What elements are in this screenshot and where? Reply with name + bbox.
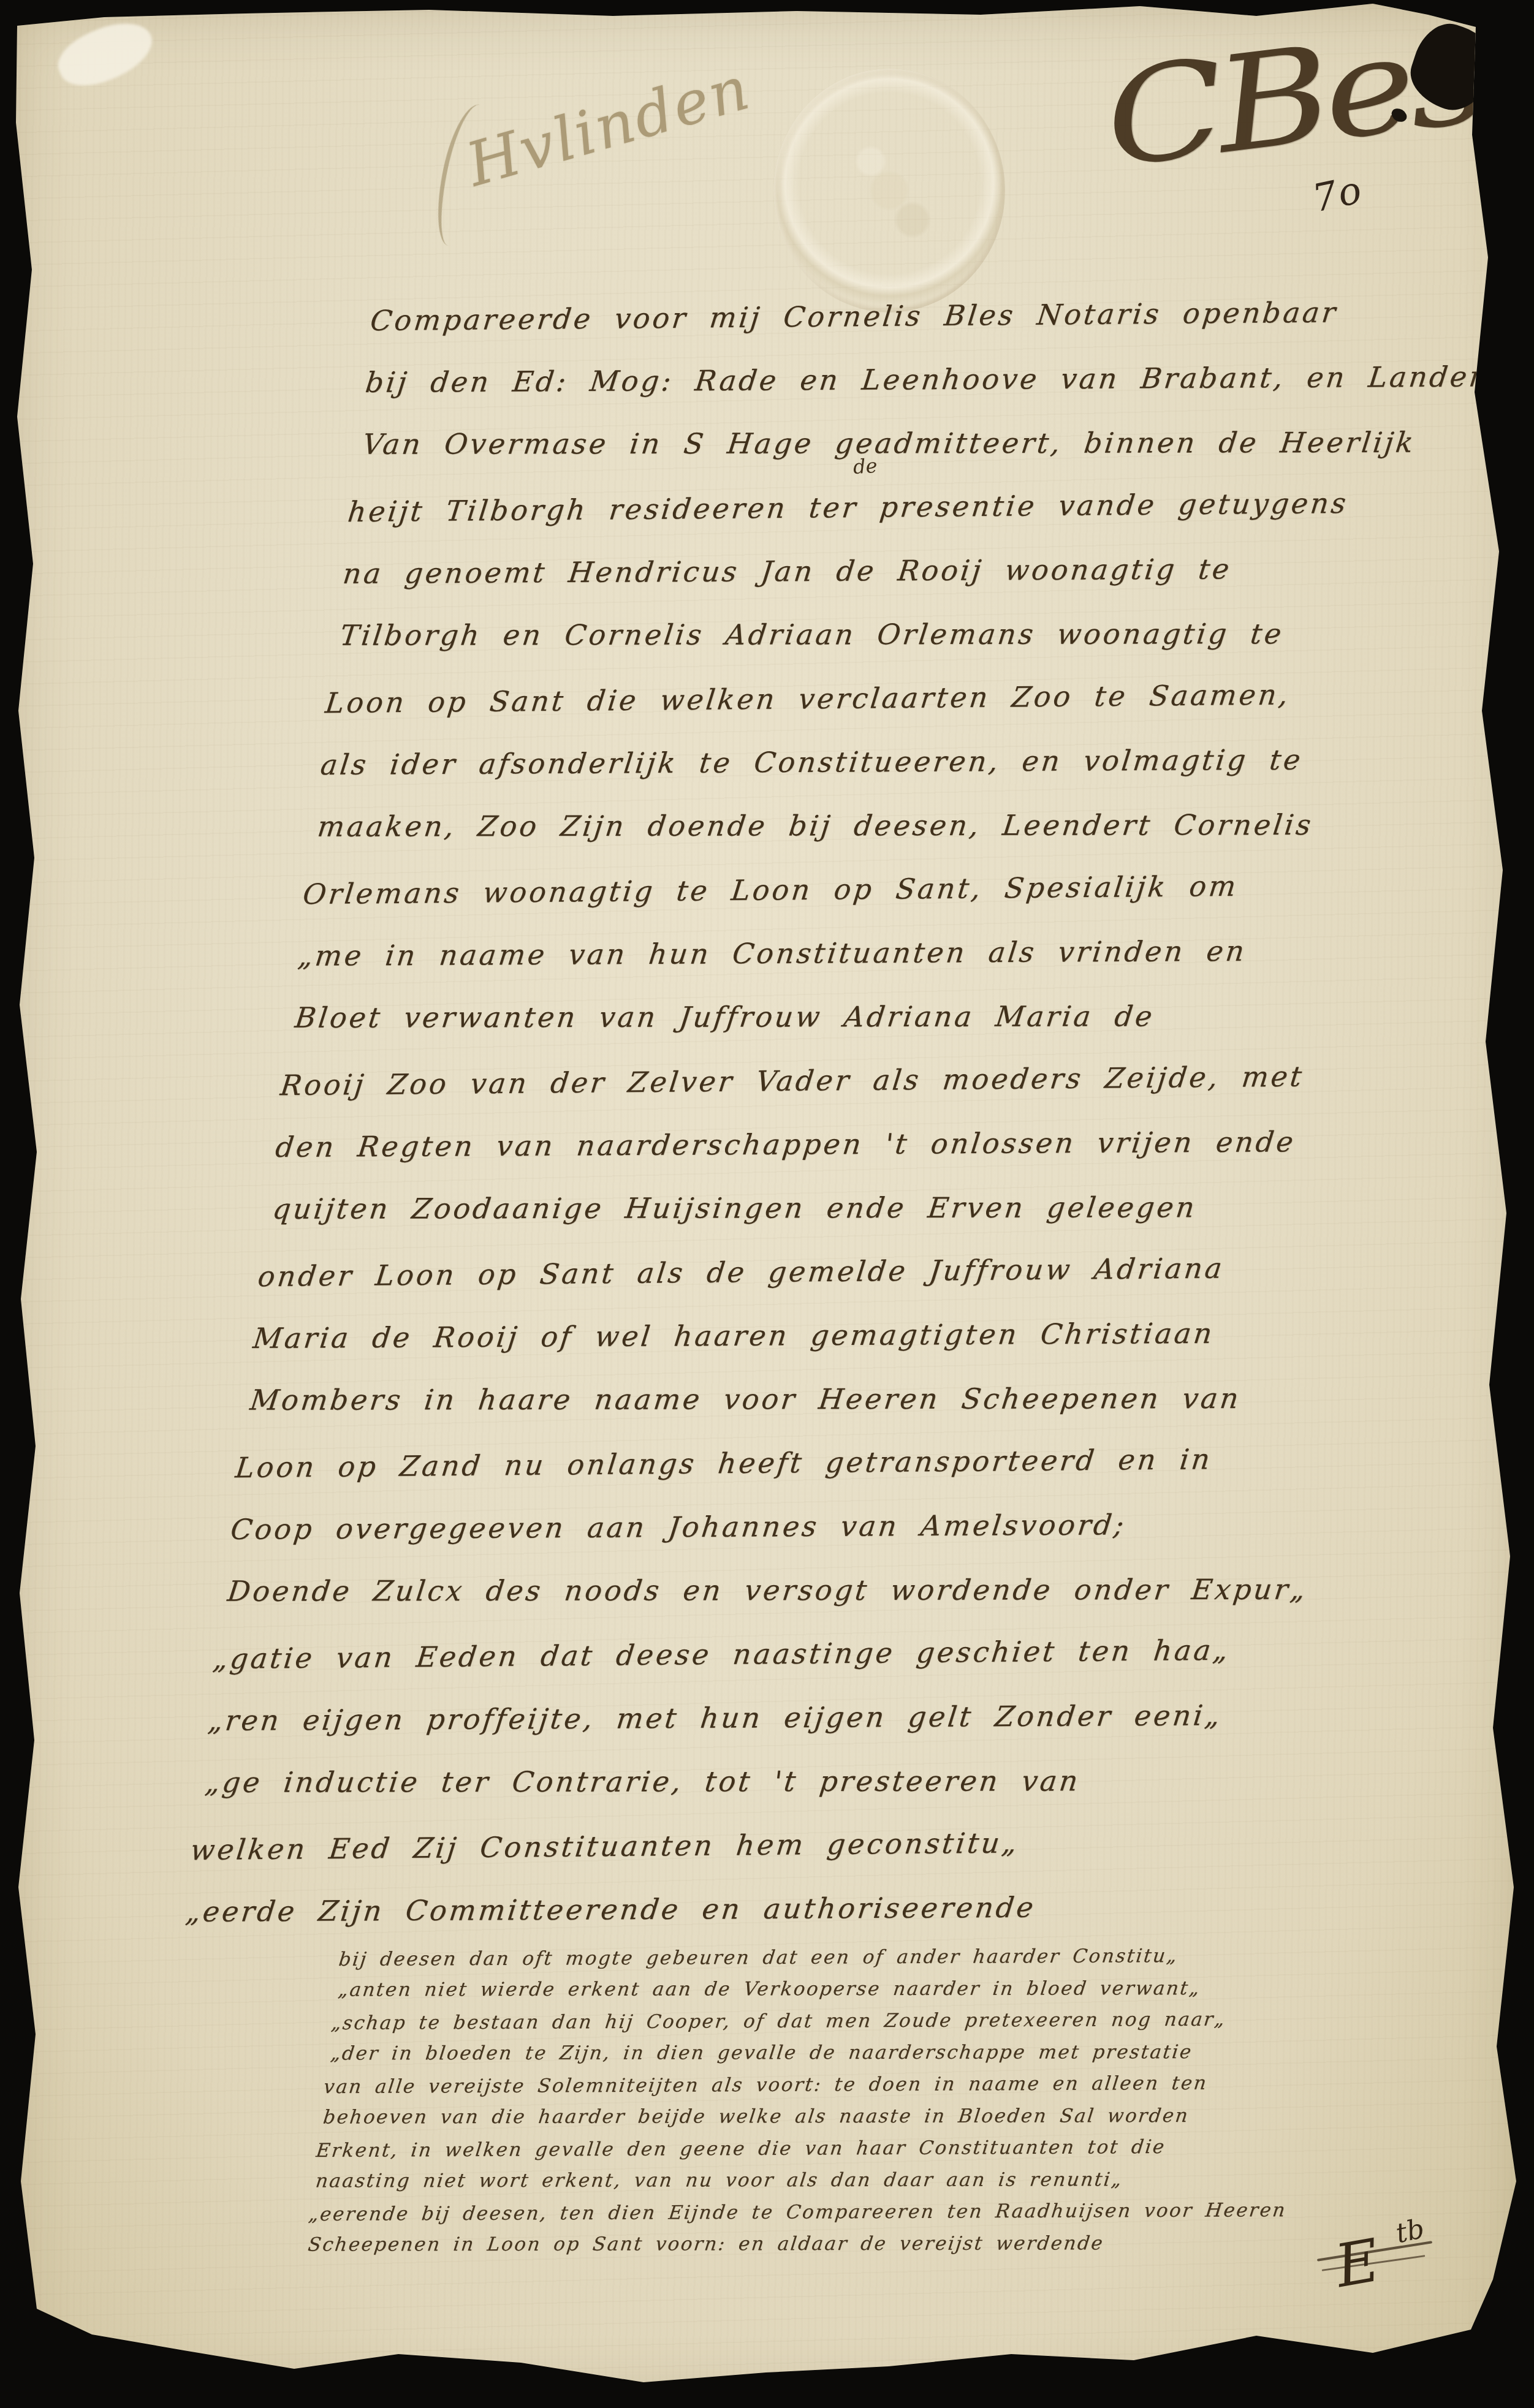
- text-line: naasting niet wort erkent, van nu voor a…: [314, 2163, 1470, 2197]
- text-line: Mombers in haare naame voor Heeren Schee…: [246, 1366, 1364, 1432]
- text-line: Doende Zulcx des noods en versogt worden…: [224, 1558, 1341, 1623]
- text-line: maaken, Zoo Zijn doende bij deesen, Leen…: [314, 793, 1431, 858]
- text-line: bij deesen dan oft mogte gebeuren dat ee…: [337, 1939, 1494, 1975]
- text-line: heijt Tilborgh resideeren ter presentie …: [344, 470, 1462, 543]
- deed-closing-text: bij deesen dan oft mogte gebeuren dat ee…: [303, 1939, 1494, 2262]
- text-line: behoeven van die haarder beijde welke al…: [321, 2099, 1478, 2133]
- paper-fold: [50, 10, 161, 97]
- text-line: „eerde Zijn Committeerende en authorisee…: [182, 1874, 1299, 1943]
- deed-body-text: Compareerde voor mij Cornelis Bles Notar…: [182, 281, 1487, 1944]
- text-line: van alle vereijste Solemniteijten als vo…: [322, 2066, 1478, 2103]
- archival-inscription: Hvlinden: [459, 53, 758, 200]
- text-line: „eerende bij deesen, ten dien Eijnde te …: [307, 2194, 1464, 2230]
- blind-embossed-seal-icon: [773, 69, 1005, 312]
- text-line: Coop overgegeeven aan Johannes van Amels…: [227, 1491, 1345, 1561]
- text-line: Scheepenen in Loon op Sant voorn: en ald…: [306, 2227, 1463, 2260]
- text-line: Tilborgh en Cornelis Adriaan Orlemans wo…: [336, 602, 1454, 667]
- text-line: „anten niet wierde erkent aan de Verkoop…: [336, 1972, 1493, 2005]
- ink-blot-droplet: [1473, 120, 1483, 129]
- text-line: Orlemans woonagtig te Loon op Sant, Spes…: [300, 852, 1418, 926]
- text-line: quijten Zoodaanige Huijsingen ende Erven…: [269, 1175, 1386, 1241]
- text-line: „der in bloeden te Zijn, in dien gevalle…: [329, 2035, 1486, 2069]
- text-line: bij den Ed: Mog: Rade en Leenhoove van B…: [362, 345, 1479, 414]
- document-page: Hvlinden CBes 7o de Compareerde voor mij…: [0, 0, 1534, 2408]
- text-line: „ge inductie ter Contrarie, tot 't prest…: [202, 1749, 1319, 1814]
- text-line: welken Eed Zij Constituanten hem geconst…: [187, 1808, 1305, 1882]
- photograph-background: Hvlinden CBes 7o de Compareerde voor mij…: [0, 0, 1534, 2408]
- text-line: Loon op Zand nu onlangs heeft getranspor…: [232, 1426, 1350, 1499]
- text-line: „me in naame van hun Constituanten als v…: [295, 918, 1412, 988]
- text-line: na genoemt Hendricus Jan de Rooij woonag…: [340, 536, 1457, 605]
- text-line: den Regten van naarderschappen 't onloss…: [272, 1110, 1389, 1179]
- text-line: „ren eijgen proffeijte, met hun eijgen g…: [205, 1683, 1322, 1752]
- text-line: Maria de Rooij of wel haaren gemagtigten…: [249, 1301, 1367, 1370]
- text-line: „schap te bestaan dan hij Cooper, of dat…: [330, 2002, 1486, 2039]
- text-line: onder Loon op Sant als de gemelde Juffro…: [254, 1235, 1372, 1308]
- text-line: Erkent, in welken gevalle den geene die …: [314, 2130, 1471, 2167]
- text-line: Compareerde voor mij Cornelis Bles Notar…: [367, 279, 1485, 352]
- text-line: „gatie van Eeden dat deese naastinge ges…: [210, 1617, 1327, 1691]
- folio-number: 7o: [1308, 167, 1366, 221]
- text-line: Loon op Sant die welken verclaarten Zoo …: [322, 661, 1440, 735]
- text-line: Bloet verwanten van Juffrouw Adriana Mar…: [292, 984, 1409, 1050]
- text-line: als ider afsonderlijk te Constitueeren, …: [317, 727, 1434, 797]
- text-line: Van Overmase in S Hage geadmitteert, bin…: [359, 411, 1476, 476]
- text-line: Rooij Zoo van der Zelver Vader als moede…: [277, 1043, 1395, 1117]
